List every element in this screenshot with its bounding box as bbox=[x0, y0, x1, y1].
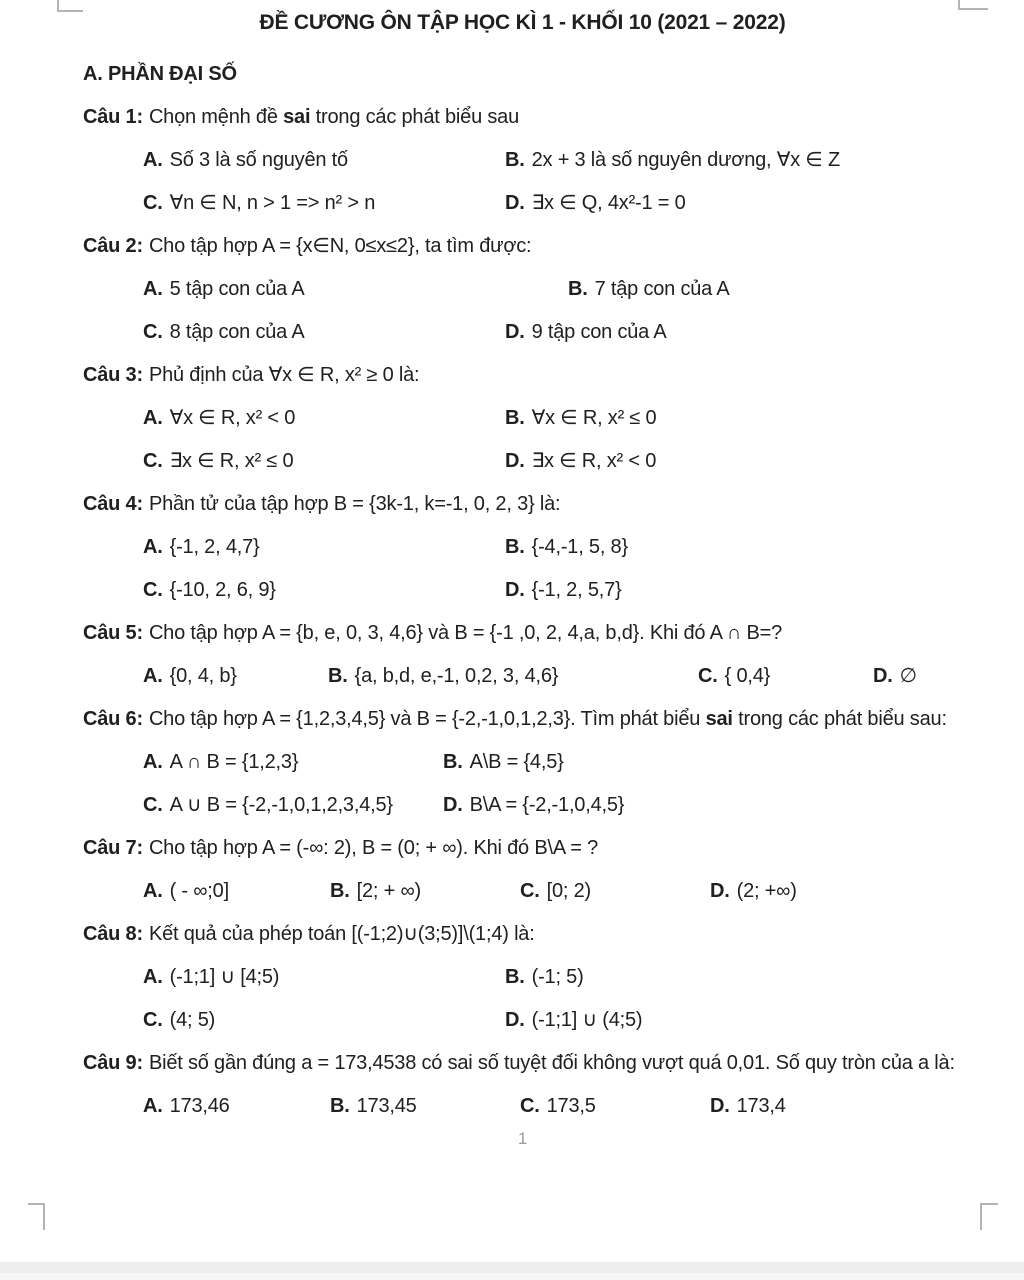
option-d: D.173,4 bbox=[710, 1092, 962, 1121]
question-5-text: Câu 5:Cho tập hợp A = {b, e, 0, 3, 4,6} … bbox=[83, 619, 962, 648]
option-c: C.∀n ∈ N, n > 1 => n² > n bbox=[143, 189, 505, 218]
question-1-label: Câu 1: bbox=[83, 106, 143, 128]
options-row: A.173,46 B.173,45 C.173,5 D.173,4 bbox=[83, 1092, 962, 1121]
question-3-label: Câu 3: bbox=[83, 364, 143, 386]
option-a: A.5 tập con của A bbox=[143, 275, 568, 304]
option-c: C.∃x ∈ R, x² ≤ 0 bbox=[143, 447, 505, 476]
option-b: B.{-4,-1, 5, 8} bbox=[505, 533, 962, 562]
question-8: Câu 8:Kết quả của phép toán [(-1;2)∪(3;5… bbox=[83, 920, 962, 1035]
option-b: B.2x + 3 là số nguyên dương, ∀x ∈ Z bbox=[505, 146, 962, 175]
question-9: Câu 9:Biết số gần đúng a = 173,4538 có s… bbox=[83, 1049, 962, 1121]
option-a: A.( - ∞;0] bbox=[143, 877, 330, 906]
options-row: A.A ∩ B = {1,2,3} B.A\B = {4,5} bbox=[83, 748, 962, 777]
crop-corner-bottom-right-icon bbox=[980, 1203, 998, 1230]
options-row: A.5 tập con của A B.7 tập con của A bbox=[83, 275, 962, 304]
question-2-label: Câu 2: bbox=[83, 235, 143, 257]
option-b: B.173,45 bbox=[330, 1092, 520, 1121]
options-row: C.A ∪ B = {-2,-1,0,1,2,3,4,5} D.B\A = {-… bbox=[83, 791, 962, 820]
crop-corner-top-left-icon bbox=[57, 0, 83, 12]
document-page: ĐỀ CƯƠNG ÔN TẬP HỌC KÌ 1 - KHỐI 10 (2021… bbox=[0, 8, 1024, 1151]
option-b: B.{a, b,d, e,-1, 0,2, 3, 4,6} bbox=[328, 662, 698, 691]
option-d: D.(-1;1] ∪ (4;5) bbox=[505, 1006, 962, 1035]
question-9-label: Câu 9: bbox=[83, 1052, 143, 1074]
question-7: Câu 7:Cho tập hợp A = (-∞: 2), B = (0; +… bbox=[83, 834, 962, 906]
question-6-text: Câu 6:Cho tập hợp A = {1,2,3,4,5} và B =… bbox=[83, 705, 962, 734]
options-row: A.{-1, 2, 4,7} B.{-4,-1, 5, 8} bbox=[83, 533, 962, 562]
option-c: C.173,5 bbox=[520, 1092, 710, 1121]
question-3: Câu 3:Phủ định của ∀x ∈ R, x² ≥ 0 là: A.… bbox=[83, 361, 962, 476]
question-8-text: Câu 8:Kết quả của phép toán [(-1;2)∪(3;5… bbox=[83, 920, 962, 949]
question-7-text: Câu 7:Cho tập hợp A = (-∞: 2), B = (0; +… bbox=[83, 834, 962, 863]
options-row: C.∀n ∈ N, n > 1 => n² > n D.∃x ∈ Q, 4x²-… bbox=[83, 189, 962, 218]
question-6: Câu 6:Cho tập hợp A = {1,2,3,4,5} và B =… bbox=[83, 705, 962, 820]
scanner-bottom-bar-light bbox=[0, 1273, 1024, 1280]
question-4: Câu 4:Phần tử của tập hợp B = {3k-1, k=-… bbox=[83, 490, 962, 605]
option-a: A.{-1, 2, 4,7} bbox=[143, 533, 505, 562]
option-d: D.∅ bbox=[873, 662, 962, 691]
question-4-label: Câu 4: bbox=[83, 493, 143, 515]
question-9-text: Câu 9:Biết số gần đúng a = 173,4538 có s… bbox=[83, 1049, 962, 1078]
options-row: C.8 tập con của A D.9 tập con của A bbox=[83, 318, 962, 347]
question-2-text: Câu 2:Cho tập hợp A = {x∈N, 0≤x≤2}, ta t… bbox=[83, 232, 962, 261]
option-a: A.(-1;1] ∪ [4;5) bbox=[143, 963, 505, 992]
options-row: A.∀x ∈ R, x² < 0 B.∀x ∈ R, x² ≤ 0 bbox=[83, 404, 962, 433]
question-1-text: Câu 1:Chọn mệnh đề sai trong các phát bi… bbox=[83, 103, 962, 132]
option-d: D.∃x ∈ Q, 4x²-1 = 0 bbox=[505, 189, 962, 218]
options-row: C.∃x ∈ R, x² ≤ 0 D.∃x ∈ R, x² < 0 bbox=[83, 447, 962, 476]
option-a: A.173,46 bbox=[143, 1092, 330, 1121]
option-d: D.9 tập con của A bbox=[505, 318, 962, 347]
options-row: C.{-10, 2, 6, 9} D.{-1, 2, 5,7} bbox=[83, 576, 962, 605]
option-c: C.8 tập con của A bbox=[143, 318, 505, 347]
option-c: C.A ∪ B = {-2,-1,0,1,2,3,4,5} bbox=[143, 791, 443, 820]
option-a: A.{0, 4, b} bbox=[143, 662, 328, 691]
question-4-text: Câu 4:Phần tử của tập hợp B = {3k-1, k=-… bbox=[83, 490, 962, 519]
option-c: C.{-10, 2, 6, 9} bbox=[143, 576, 505, 605]
option-a: A.∀x ∈ R, x² < 0 bbox=[143, 404, 505, 433]
question-8-label: Câu 8: bbox=[83, 923, 143, 945]
options-row: A.(-1;1] ∪ [4;5) B.(-1; 5) bbox=[83, 963, 962, 992]
question-7-label: Câu 7: bbox=[83, 837, 143, 859]
options-row: C.(4; 5) D.(-1;1] ∪ (4;5) bbox=[83, 1006, 962, 1035]
option-c: C.[0; 2) bbox=[520, 877, 710, 906]
option-d: D.B\A = {-2,-1,0,4,5} bbox=[443, 791, 962, 820]
option-b: B.7 tập con của A bbox=[568, 275, 962, 304]
option-d: D.(2; +∞) bbox=[710, 877, 962, 906]
crop-corner-top-right-icon bbox=[958, 0, 988, 10]
option-d: D.{-1, 2, 5,7} bbox=[505, 576, 962, 605]
section-heading: A. PHẦN ĐẠI SỐ bbox=[83, 60, 962, 89]
option-b: B.∀x ∈ R, x² ≤ 0 bbox=[505, 404, 962, 433]
question-3-text: Câu 3:Phủ định của ∀x ∈ R, x² ≥ 0 là: bbox=[83, 361, 962, 390]
option-b: B.A\B = {4,5} bbox=[443, 748, 962, 777]
question-5: Câu 5:Cho tập hợp A = {b, e, 0, 3, 4,6} … bbox=[83, 619, 962, 691]
options-row: A.( - ∞;0] B.[2; + ∞) C.[0; 2) D.(2; +∞) bbox=[83, 877, 962, 906]
option-c: C.{ 0,4} bbox=[698, 662, 873, 691]
question-6-label: Câu 6: bbox=[83, 708, 143, 730]
options-row: A.{0, 4, b} B.{a, b,d, e,-1, 0,2, 3, 4,6… bbox=[83, 662, 962, 691]
page-number: 1 bbox=[83, 1127, 962, 1151]
page-title: ĐỀ CƯƠNG ÔN TẬP HỌC KÌ 1 - KHỐI 10 (2021… bbox=[83, 8, 962, 38]
option-b: B.(-1; 5) bbox=[505, 963, 962, 992]
options-row: A.Số 3 là số nguyên tố B.2x + 3 là số ng… bbox=[83, 146, 962, 175]
scanner-bottom-bar bbox=[0, 1262, 1024, 1273]
option-d: D.∃x ∈ R, x² < 0 bbox=[505, 447, 962, 476]
option-c: C.(4; 5) bbox=[143, 1006, 505, 1035]
crop-corner-bottom-left-icon bbox=[28, 1203, 45, 1230]
option-a: A.Số 3 là số nguyên tố bbox=[143, 146, 505, 175]
question-1: Câu 1:Chọn mệnh đề sai trong các phát bi… bbox=[83, 103, 962, 218]
question-5-label: Câu 5: bbox=[83, 622, 143, 644]
option-a: A.A ∩ B = {1,2,3} bbox=[143, 748, 443, 777]
option-b: B.[2; + ∞) bbox=[330, 877, 520, 906]
question-2: Câu 2:Cho tập hợp A = {x∈N, 0≤x≤2}, ta t… bbox=[83, 232, 962, 347]
